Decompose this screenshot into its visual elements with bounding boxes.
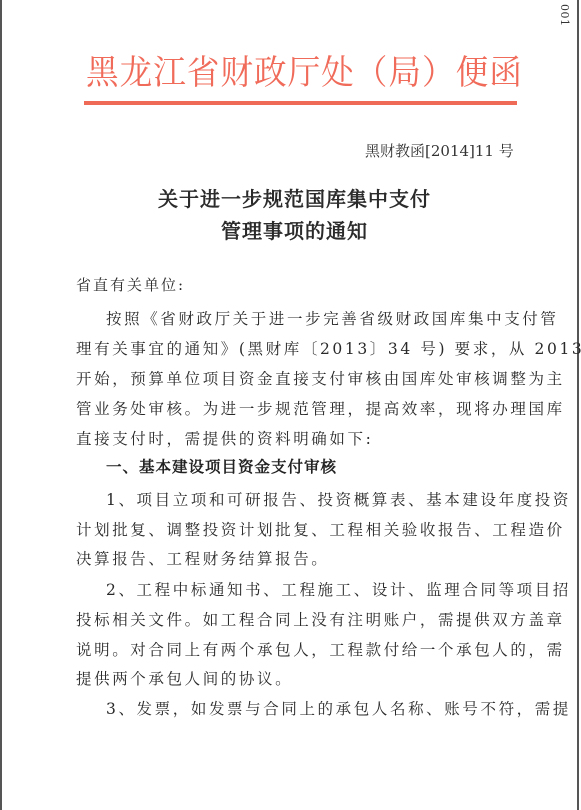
- section-heading: 一、基本建设项目资金支付审核: [106, 455, 337, 477]
- list-item-line: 提供两个承包人间的协议。: [76, 667, 510, 689]
- body-line: 按照《省财政厅关于进一步完善省级财政国库集中支付管: [106, 307, 510, 329]
- body-line: 理有关事宜的通知》(黑财库〔2013〕34 号) 要求，从 2013 年: [76, 337, 510, 359]
- list-item-line: 2、工程中标通知书、工程施工、设计、监理合同等项目招: [106, 578, 510, 600]
- list-item-line: 投标相关文件。如工程合同上没有注明账户，需提供双方盖章: [76, 608, 510, 630]
- list-item-line: 3、发票，如发票与合同上的承包人名称、账号不符，需提: [106, 697, 510, 719]
- letterhead-red-rule: [84, 101, 517, 105]
- document-reference-number: 黑财教函[2014]11 号: [365, 140, 514, 161]
- document-title-line-2: 管理事项的通知: [4, 215, 581, 244]
- body-line: 直接支付时，需提供的资料明确如下:: [76, 427, 510, 449]
- body-line: 管业务处审核。为进一步规范管理，提高效率，现将办理国库: [76, 397, 510, 419]
- list-item-line: 决算报告、工程财务结算报告。: [76, 547, 510, 569]
- page-number: 001: [558, 4, 571, 27]
- list-item-line: 1、项目立项和可研报告、投资概算表、基本建设年度投资: [106, 488, 510, 510]
- body-line: 开始，预算单位项目资金直接支付审核由国库处审核调整为主: [76, 367, 510, 389]
- page-border-left: [0, 0, 2, 810]
- document-title-line-1: 关于进一步规范国库集中支付: [4, 183, 581, 212]
- salutation: 省直有关单位:: [76, 274, 185, 295]
- page-border-right: [577, 0, 581, 810]
- letterhead-title: 黑龙江省财政厅处（局）便函: [86, 52, 501, 94]
- list-item-line: 说明。对合同上有两个承包人，工程款付给一个承包人的，需: [76, 638, 510, 660]
- list-item-line: 计划批复、调整投资计划批复、工程相关验收报告、工程造价: [76, 518, 510, 540]
